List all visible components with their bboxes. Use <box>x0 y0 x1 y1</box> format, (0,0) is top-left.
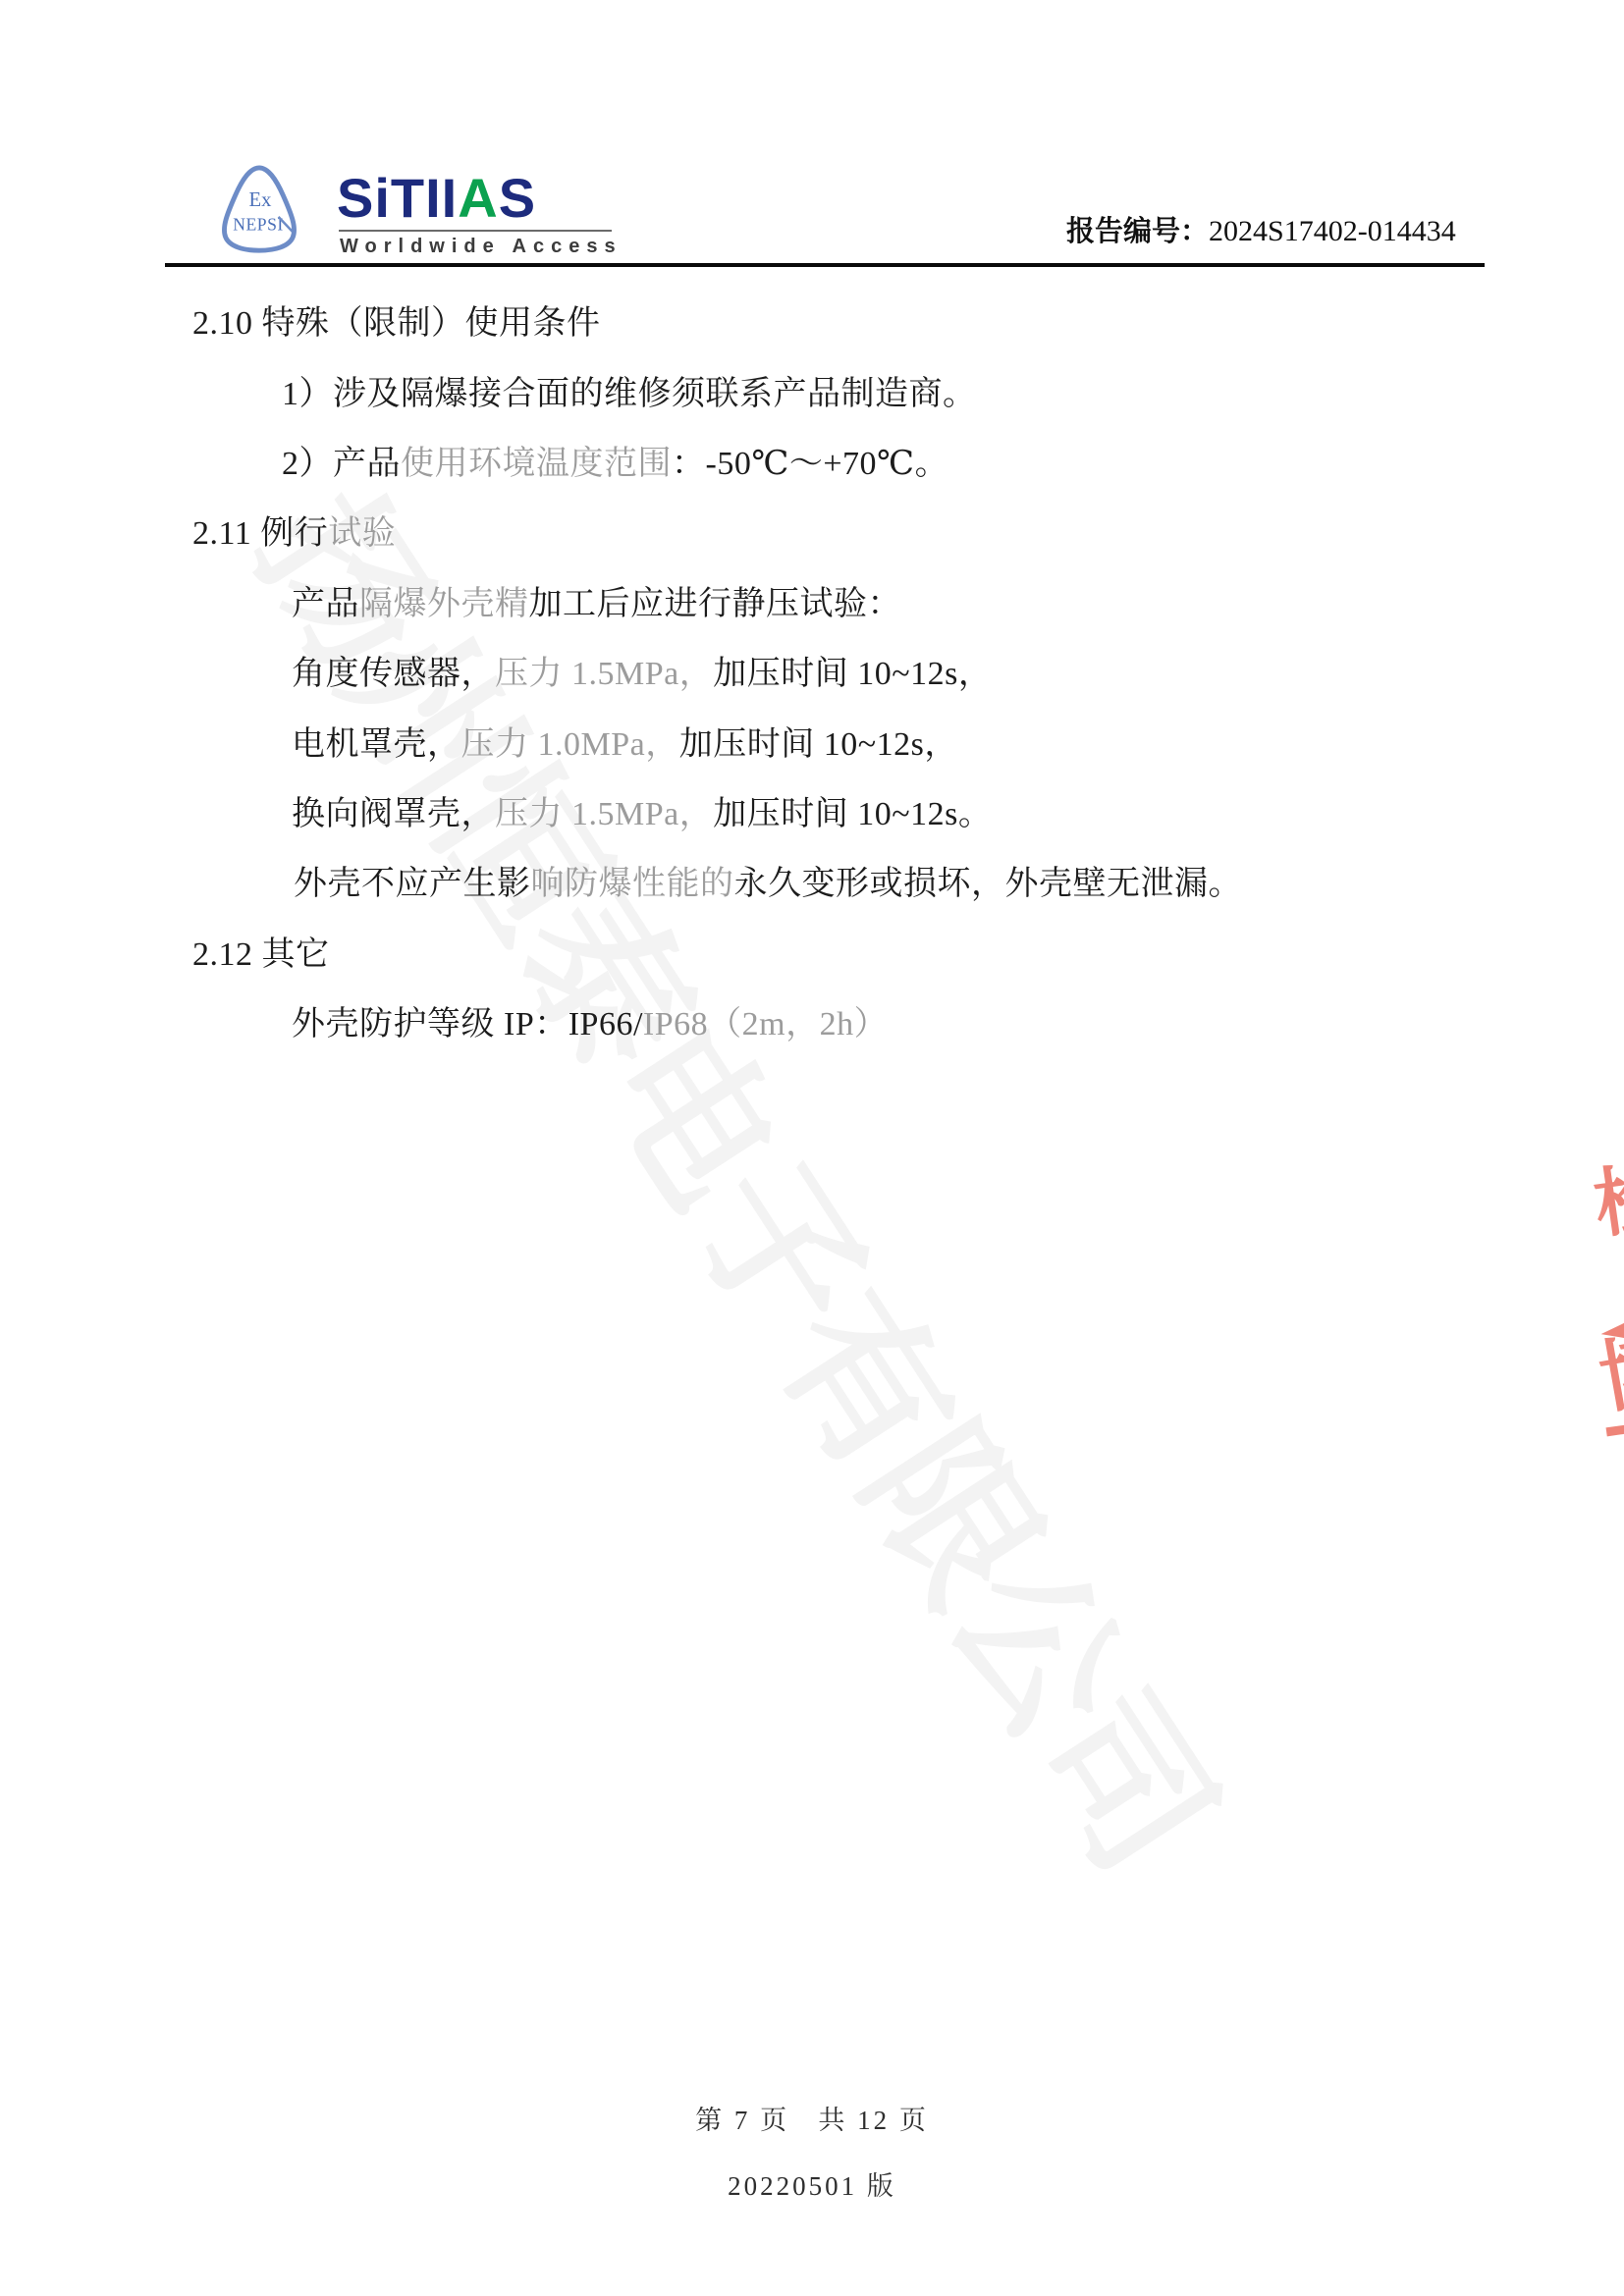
text-segment: 换向阀罩壳， <box>292 796 495 832</box>
header-rule <box>165 263 1485 267</box>
report-number-row: 报告编号：2024S17402-014434 <box>1066 215 1456 248</box>
text-segment: 1）涉及隔爆接合面的维修须联系产品制造商。 <box>282 376 977 412</box>
text-segment: 加工后应进行静压试验： <box>529 586 902 622</box>
report-number-value: 2024S17402-014434 <box>1209 215 1456 247</box>
text-segment: 使用环境温度范围 <box>401 446 672 482</box>
routine-test-intro: 产品隔爆外壳精加工后应进行静压试验： <box>292 585 901 624</box>
text-segment: 外壳防护等级 IP：IP66/ <box>292 1006 643 1042</box>
text-segment: 隔爆外壳精 <box>359 586 529 622</box>
routine-result: 外壳不应产生影响防爆性能的永久变形或损坏，外壳壁无泄漏。 <box>294 865 1242 904</box>
brand-suffix: S <box>499 167 536 229</box>
list-item-1: 1）涉及隔爆接合面的维修须联系产品制造商。 <box>282 375 977 414</box>
page-indicator: 第 7 页 共 12 页 <box>0 2099 1624 2137</box>
report-number-label: 报告编号： <box>1066 216 1209 247</box>
stamp-fragment-top: 检 <box>1590 1159 1624 1244</box>
svg-text:Ex: Ex <box>249 189 273 211</box>
section-heading-2-10: 2.10 特殊（限制）使用条件 <box>192 304 601 344</box>
text-segment: 2）产品 <box>282 446 401 482</box>
text-segment: 2.10 特殊（限制）使用条件 <box>192 305 601 342</box>
text-segment: 试验 <box>328 515 396 552</box>
routine-angle-sensor: 角度传感器，压力 1.5MPa，加压时间 10~12s， <box>292 655 992 694</box>
brand-tagline: Worldwide Access <box>340 236 623 258</box>
text-segment: IP68（2m，2h） <box>643 1006 888 1042</box>
text-segment: 压力 1.0MPa， <box>461 726 679 763</box>
routine-motor-housing: 电机罩壳，压力 1.0MPa，加压时间 10~12s， <box>292 725 958 765</box>
text-segment: 加压时间 10~12s， <box>713 656 992 692</box>
brand-letter-a: A <box>458 167 498 229</box>
version-label: 20220501 版 <box>0 2164 1624 2203</box>
brand-wordmark: SiTIIAS <box>337 171 536 226</box>
text-segment: 压力 1.5MPa， <box>495 796 713 832</box>
section-heading-2-11: 2.11 例行试验 <box>192 514 396 554</box>
text-segment: 加压时间 10~12s， <box>679 726 958 763</box>
stamp-stroke-fragment <box>1606 1423 1624 1437</box>
text-segment: 外壳不应产生影 <box>294 866 531 902</box>
list-item-2: 2）产品使用环境温度范围：-50℃～+70℃。 <box>282 445 948 484</box>
text-segment: 角度传感器， <box>292 656 495 692</box>
text-segment: 加压时间 10~12s。 <box>713 796 992 832</box>
logo-divider <box>339 230 612 232</box>
svg-text:NEPSI: NEPSI <box>233 215 283 235</box>
document-page: 扬州恒泰电子有限公司 Ex NEPSI SiTIIAS Worldwide Ac… <box>0 0 1624 2296</box>
text-segment: 2.11 例行 <box>192 515 328 552</box>
stamp-fragment-bottom: 博 <box>1595 1329 1624 1420</box>
section-heading-2-12: 2.12 其它 <box>192 935 330 975</box>
text-segment: 电机罩壳， <box>292 726 461 763</box>
text-segment: 永久变形或损坏，外壳壁无泄漏。 <box>734 866 1243 902</box>
text-segment: 响防爆性能的 <box>531 866 734 902</box>
text-segment: ：-50℃～+70℃。 <box>672 446 948 482</box>
text-segment: 产品 <box>292 586 359 622</box>
routine-valve-housing: 换向阀罩壳，压力 1.5MPa，加压时间 10~12s。 <box>292 795 992 834</box>
text-segment: 2.12 其它 <box>192 936 330 973</box>
ex-nepsi-mark-icon: Ex NEPSI <box>211 163 307 259</box>
ip-rating: 外壳防护等级 IP：IP66/IP68（2m，2h） <box>292 1005 888 1044</box>
brand-prefix: SiTII <box>337 167 458 229</box>
text-segment: 压力 1.5MPa， <box>495 656 713 692</box>
